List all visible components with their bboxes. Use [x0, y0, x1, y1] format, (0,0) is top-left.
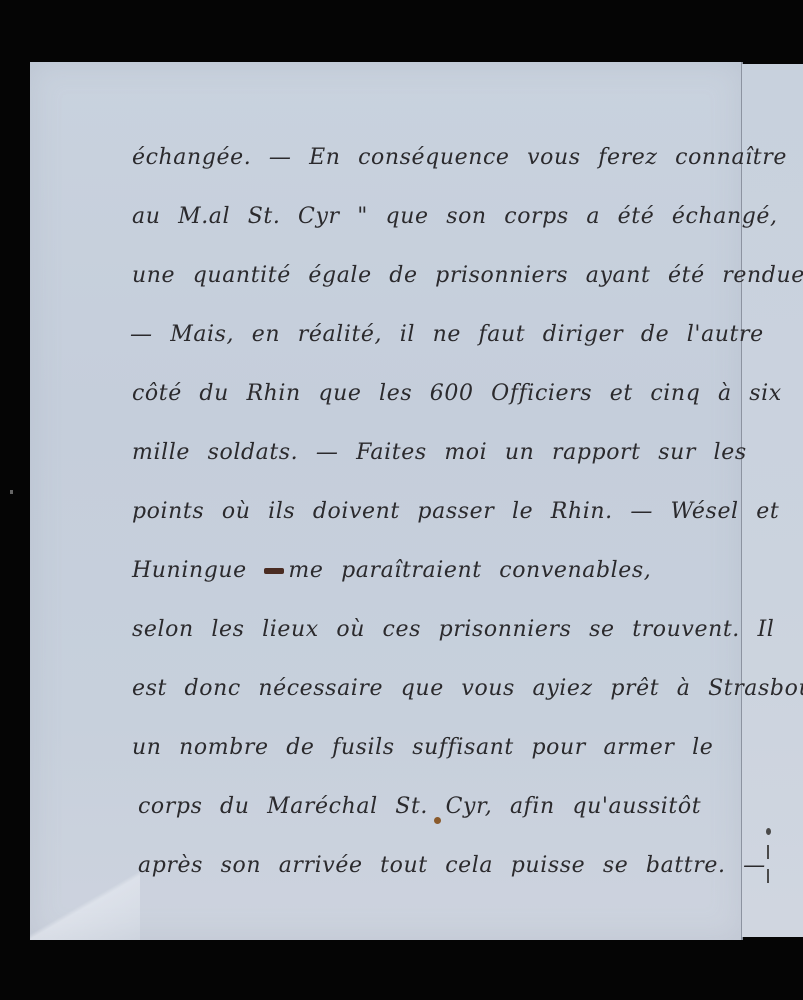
text-line-8-end: me paraîtraient convenables, — [288, 558, 651, 583]
text-line-11: un nombre de fusils suffisant pour armer… — [110, 718, 740, 777]
ink-blot-strikeout — [264, 568, 284, 574]
paper-stain-spot — [434, 817, 441, 824]
text-line-13: après son arrivée tout cela puisse se ba… — [110, 836, 740, 895]
text-line-8: Huningue me paraîtraient convenables, — [110, 541, 740, 600]
text-line-2: au M.al St. Cyr " que son corps a été éc… — [110, 187, 740, 246]
text-line-1: échangée. — En conséquence vous ferez co… — [110, 128, 740, 187]
right-page-ink-marks — [765, 828, 771, 893]
handwritten-text-block: échangée. — En conséquence vous ferez co… — [110, 128, 740, 895]
text-line-12: corps du Maréchal St. Cyr, afin qu'aussi… — [110, 777, 740, 836]
ink-dot-mark — [766, 828, 771, 835]
text-line-4: — Mais, en réalité, il ne faut diriger d… — [110, 305, 740, 364]
ink-dash-mark — [767, 869, 769, 883]
text-line-3: une quantité égale de prisonniers ayant … — [110, 246, 740, 305]
text-line-9: selon les lieux où ces prisonniers se tr… — [110, 600, 740, 659]
text-line-10: est donc nécessaire que vous ayiez prêt … — [110, 659, 740, 718]
text-line-5: côté du Rhin que les 600 Officiers et ci… — [110, 364, 740, 423]
edge-speck — [10, 490, 13, 494]
photo-scene: échangée. — En conséquence vous ferez co… — [0, 0, 803, 1000]
text-line-8-start: Huningue — [132, 558, 247, 583]
text-line-6: mille soldats. — Faites moi un rapport s… — [110, 423, 740, 482]
ink-dash-mark — [767, 845, 769, 859]
text-line-7: points où ils doivent passer le Rhin. — … — [110, 482, 740, 541]
